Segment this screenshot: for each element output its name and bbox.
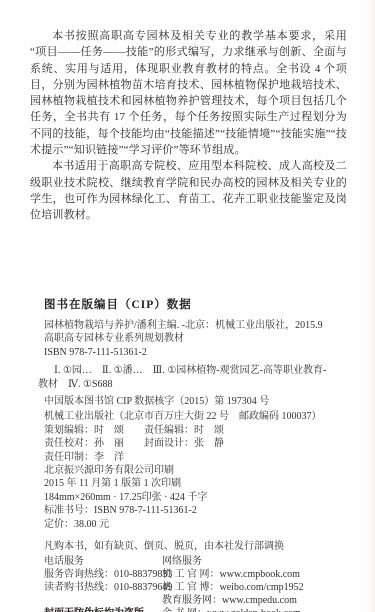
net-line-cmpbook: 机 工 官 网：www.cmpbook.com — [162, 568, 356, 581]
cip-classification-line-1: Ⅰ. ①园… Ⅱ. ①潘… Ⅲ. ①园林植物-观赏园艺-高等职业教育- — [38, 364, 356, 377]
proofreader-line: 责任校对：孙 丽 封面设计：张 静 — [44, 437, 356, 450]
cip-heading: 图书在版编目（CIP）数据 — [44, 297, 356, 313]
net-line-weibo: 机 工 官 博：weibo.com/cmp1952 — [162, 581, 356, 594]
cip-record-line: 中国版本图书馆 CIP 数据核字（2015）第 197304 号 — [44, 395, 356, 408]
phone-service-header: 电话服务 — [44, 555, 162, 568]
intro-paragraph-2: 本书适用于高职高专院校、应用型本科院校、成人高校及二级职业技术院校、继续教育学院… — [30, 158, 347, 223]
net-line-goldenbook: 金 书 网：www.golden-book.com — [162, 607, 356, 612]
printer-line: 北京振兴源印务有限公司印刷 — [44, 464, 356, 477]
copyright-page: 本书按照高职高专园林及相关专业的教学基本要求，采用“项目——任务——技能”的形式… — [0, 0, 375, 612]
phone-line-consult: 服务咨询热线：010-88379833 — [44, 568, 162, 581]
intro-paragraph-1: 本书按照高职高专园林及相关专业的教学基本要求，采用“项目——任务——技能”的形式… — [30, 28, 347, 158]
price-line: 定价：38.00 元 — [44, 518, 356, 531]
cip-series-line: 高职高专园林专业系列规划教材 — [44, 332, 356, 345]
print-supervisor-line: 责任印制：李 洋 — [44, 451, 356, 464]
publisher-line: 机械工业出版社（北京市百万庄大街 22 号 邮政编码 100037） — [44, 410, 356, 423]
cip-classification-line-2: 教材 Ⅳ. ①S688 — [38, 378, 356, 391]
network-service-header: 网络服务 — [162, 555, 356, 568]
cip-title-line: 园林植物栽培与养护/潘利主编. -北京：机械工业出版社，2015.9 — [44, 319, 356, 332]
cip-classification: Ⅰ. ①园… Ⅱ. ①潘… Ⅲ. ①园林植物-观赏园艺-高等职业教育- 教材 Ⅳ… — [38, 364, 356, 391]
standard-isbn-line: 标准书号：ISBN 978-7-111-51361-2 — [44, 504, 356, 517]
phone-line-purchase: 读者购书热线：010-88379649 — [44, 581, 162, 594]
net-line-cmpedu: 教育服务网：www.cmpedu.com — [162, 594, 356, 607]
empty-cell — [44, 594, 162, 607]
imprint-section: 图书在版编目（CIP）数据 园林植物栽培与养护/潘利主编. -北京：机械工业出版… — [44, 297, 356, 612]
cip-isbn-line: ISBN 978-7-111-51361-2 — [44, 346, 356, 359]
intro-section: 本书按照高职高专园林及相关专业的教学基本要求，采用“项目——任务——技能”的形式… — [30, 28, 347, 224]
anti-piracy-notice: 封面无防伪标均为盗版 — [44, 607, 162, 612]
edition-line: 2015 年 11 月第 1 版第 1 次印刷 — [44, 477, 356, 490]
exchange-notice: 凡购本书，如有缺页、倒页、脱页，由本社发行部调换 — [44, 540, 356, 553]
format-line: 184mm×260mm · 17.25印张 · 424 千字 — [44, 491, 356, 504]
planning-editor-line: 策划编辑：时 颂 责任编辑：时 颂 — [44, 424, 356, 437]
service-contact-grid: 电话服务 网络服务 服务咨询热线：010-88379833 机 工 官 网：ww… — [44, 555, 356, 612]
